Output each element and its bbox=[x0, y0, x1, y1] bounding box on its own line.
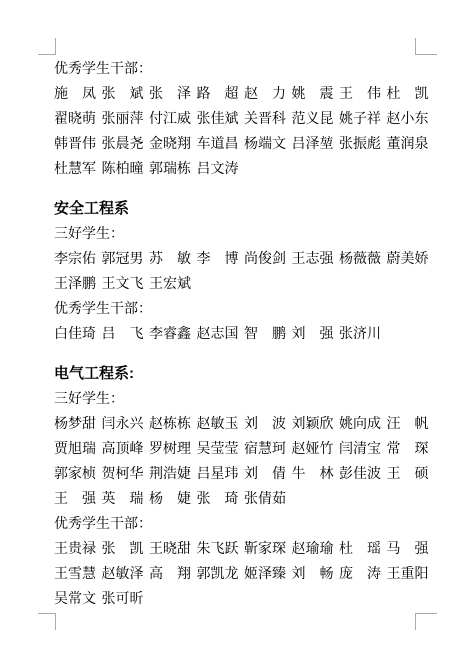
student-name: 张可昕 bbox=[102, 586, 144, 611]
name-row: 韩晋伟张晨尧金晓翔车道昌杨端文吕泽堃张振彪董润泉 bbox=[54, 131, 432, 156]
student-name: 赵瑜瑜 bbox=[292, 536, 334, 561]
student-name: 李宗佑 bbox=[54, 246, 96, 271]
student-name: 杨端文 bbox=[244, 131, 286, 156]
student-name: 赵志国 bbox=[197, 321, 239, 346]
text-boundary-mark-bottom-left bbox=[38, 613, 56, 630]
student-name: 付江威 bbox=[149, 106, 191, 131]
student-name: 姚向成 bbox=[339, 411, 381, 436]
student-name: 牛林 bbox=[292, 461, 334, 486]
student-name: 王硕 bbox=[387, 461, 429, 486]
student-name: 郭凯龙 bbox=[197, 561, 239, 586]
student-name: 吕飞 bbox=[102, 321, 144, 346]
group-label: 优秀学生干部： bbox=[54, 296, 432, 321]
student-name: 智鹏 bbox=[244, 321, 286, 346]
student-name: 金晓翔 bbox=[149, 131, 191, 156]
name-row: 王强英瑞杨婕张琦张倩茹 bbox=[54, 486, 432, 511]
student-name: 刘倩 bbox=[244, 461, 286, 486]
student-name: 马强 bbox=[387, 536, 429, 561]
section-heading: 电气工程系: bbox=[54, 361, 432, 386]
name-row: 施凤张斌张泽路超赵力姚震王伟杜凯 bbox=[54, 81, 432, 106]
name-row: 吴常文张可昕 bbox=[54, 586, 432, 611]
student-name: 汪帆 bbox=[387, 411, 429, 436]
student-name: 张济川 bbox=[339, 321, 381, 346]
student-name: 路超 bbox=[197, 81, 239, 106]
student-name: 贺柯华 bbox=[102, 461, 144, 486]
student-name: 英瑞 bbox=[102, 486, 144, 511]
student-name: 张佳斌 bbox=[197, 106, 239, 131]
student-name: 蔚美娇 bbox=[387, 246, 429, 271]
document-text-area: 优秀学生干部：施凤张斌张泽路超赵力姚震王伟杜凯翟晓萌张丽萍付江威张佳斌关晋科范义… bbox=[54, 56, 432, 611]
student-name: 张泽 bbox=[149, 81, 191, 106]
student-name: 姚震 bbox=[292, 81, 334, 106]
student-name: 王伟 bbox=[339, 81, 381, 106]
student-name: 杨婕 bbox=[149, 486, 191, 511]
student-name: 常琛 bbox=[387, 436, 429, 461]
student-name: 陈柏曈 bbox=[102, 156, 144, 181]
student-name: 王重阳 bbox=[387, 561, 429, 586]
student-name: 赵敏泽 bbox=[102, 561, 144, 586]
text-boundary-mark-bottom-right bbox=[415, 613, 437, 630]
student-name: 张倩茹 bbox=[244, 486, 286, 511]
student-name: 王文飞 bbox=[102, 271, 144, 296]
student-name: 王泽鹏 bbox=[54, 271, 96, 296]
student-name: 刘波 bbox=[244, 411, 286, 436]
name-row: 郭家桢贺柯华荆浩婕吕星玮刘倩牛林彭佳波王硕 bbox=[54, 461, 432, 486]
student-name: 吕文涛 bbox=[197, 156, 239, 181]
student-name: 杨薇薇 bbox=[339, 246, 381, 271]
student-name: 王贵禄 bbox=[54, 536, 96, 561]
student-name: 吕星玮 bbox=[197, 461, 239, 486]
name-row: 王雪慧赵敏泽高翔郭凯龙姬泽臻刘畅庞涛王重阳 bbox=[54, 561, 432, 586]
student-name: 闫清宝 bbox=[339, 436, 381, 461]
student-name: 赵敏玉 bbox=[197, 411, 239, 436]
student-name: 荆浩婕 bbox=[149, 461, 191, 486]
student-name: 张丽萍 bbox=[102, 106, 144, 131]
group-label: 优秀学生干部： bbox=[54, 56, 432, 81]
text-boundary-mark-top-right bbox=[415, 38, 437, 55]
student-name: 苏敏 bbox=[149, 246, 191, 271]
student-name: 高顶峰 bbox=[102, 436, 144, 461]
student-name: 赵小东 bbox=[387, 106, 429, 131]
student-name: 白佳琦 bbox=[54, 321, 96, 346]
student-name: 范义昆 bbox=[292, 106, 334, 131]
name-row: 王泽鹏王文飞王宏斌 bbox=[54, 271, 432, 296]
student-name: 王晓甜 bbox=[149, 536, 191, 561]
student-name: 尚俊剑 bbox=[244, 246, 286, 271]
name-row: 王贵禄张凯王晓甜朱飞跃靳家琛赵瑜瑜杜瑶马强 bbox=[54, 536, 432, 561]
group-label: 三好学生： bbox=[54, 221, 432, 246]
section-heading: 安全工程系 bbox=[54, 196, 432, 221]
text-boundary-mark-top-left bbox=[38, 38, 56, 55]
student-name: 李睿鑫 bbox=[149, 321, 191, 346]
student-name: 郭瑞栋 bbox=[149, 156, 191, 181]
student-name: 郭家桢 bbox=[54, 461, 96, 486]
student-name: 宿慧珂 bbox=[244, 436, 286, 461]
student-name: 庞涛 bbox=[339, 561, 381, 586]
student-name: 张晨尧 bbox=[102, 131, 144, 156]
student-name: 靳家琛 bbox=[244, 536, 286, 561]
name-row: 李宗佑郭冠男苏敏李博尚俊剑王志强杨薇薇蔚美娇 bbox=[54, 246, 432, 271]
student-name: 赵力 bbox=[244, 81, 286, 106]
student-name: 赵娅竹 bbox=[292, 436, 334, 461]
document-page: 优秀学生干部：施凤张斌张泽路超赵力姚震王伟杜凯翟晓萌张丽萍付江威张佳斌关晋科范义… bbox=[0, 0, 474, 671]
student-name: 韩晋伟 bbox=[54, 131, 96, 156]
name-row: 贾旭瑞高顶峰罗树理吴莹莹宿慧珂赵娅竹闫清宝常琛 bbox=[54, 436, 432, 461]
name-row: 杨梦甜闫永兴赵栋栋赵敏玉刘波刘颖欣姚向成汪帆 bbox=[54, 411, 432, 436]
student-name: 吴常文 bbox=[54, 586, 96, 611]
name-row: 白佳琦吕飞李睿鑫赵志国智鹏刘强张济川 bbox=[54, 321, 432, 346]
student-name: 王雪慧 bbox=[54, 561, 96, 586]
student-name: 刘畅 bbox=[292, 561, 334, 586]
student-name: 刘颖欣 bbox=[292, 411, 334, 436]
student-name: 朱飞跃 bbox=[197, 536, 239, 561]
student-name: 杜慧军 bbox=[54, 156, 96, 181]
student-name: 张振彪 bbox=[339, 131, 381, 156]
student-name: 施凤 bbox=[54, 81, 96, 106]
student-name: 杨梦甜 bbox=[54, 411, 96, 436]
student-name: 翟晓萌 bbox=[54, 106, 96, 131]
student-name: 姚子祥 bbox=[339, 106, 381, 131]
student-name: 彭佳波 bbox=[339, 461, 381, 486]
student-name: 闫永兴 bbox=[102, 411, 144, 436]
student-name: 董润泉 bbox=[387, 131, 429, 156]
student-name: 吕泽堃 bbox=[292, 131, 334, 156]
student-name: 郭冠男 bbox=[102, 246, 144, 271]
student-name: 杜瑶 bbox=[339, 536, 381, 561]
group-label: 三好学生： bbox=[54, 386, 432, 411]
student-name: 关晋科 bbox=[244, 106, 286, 131]
student-name: 罗树理 bbox=[149, 436, 191, 461]
group-label: 优秀学生干部： bbox=[54, 511, 432, 536]
student-name: 张凯 bbox=[102, 536, 144, 561]
name-row: 翟晓萌张丽萍付江威张佳斌关晋科范义昆姚子祥赵小东 bbox=[54, 106, 432, 131]
student-name: 赵栋栋 bbox=[149, 411, 191, 436]
student-name: 姬泽臻 bbox=[244, 561, 286, 586]
student-name: 车道昌 bbox=[197, 131, 239, 156]
student-name: 高翔 bbox=[149, 561, 191, 586]
student-name: 王宏斌 bbox=[149, 271, 191, 296]
student-name: 张斌 bbox=[102, 81, 144, 106]
student-name: 刘强 bbox=[292, 321, 334, 346]
name-row: 杜慧军陈柏曈郭瑞栋吕文涛 bbox=[54, 156, 432, 181]
student-name: 王志强 bbox=[292, 246, 334, 271]
student-name: 王强 bbox=[54, 486, 96, 511]
student-name: 李博 bbox=[197, 246, 239, 271]
student-name: 贾旭瑞 bbox=[54, 436, 96, 461]
student-name: 吴莹莹 bbox=[197, 436, 239, 461]
student-name: 杜凯 bbox=[387, 81, 429, 106]
student-name: 张琦 bbox=[197, 486, 239, 511]
